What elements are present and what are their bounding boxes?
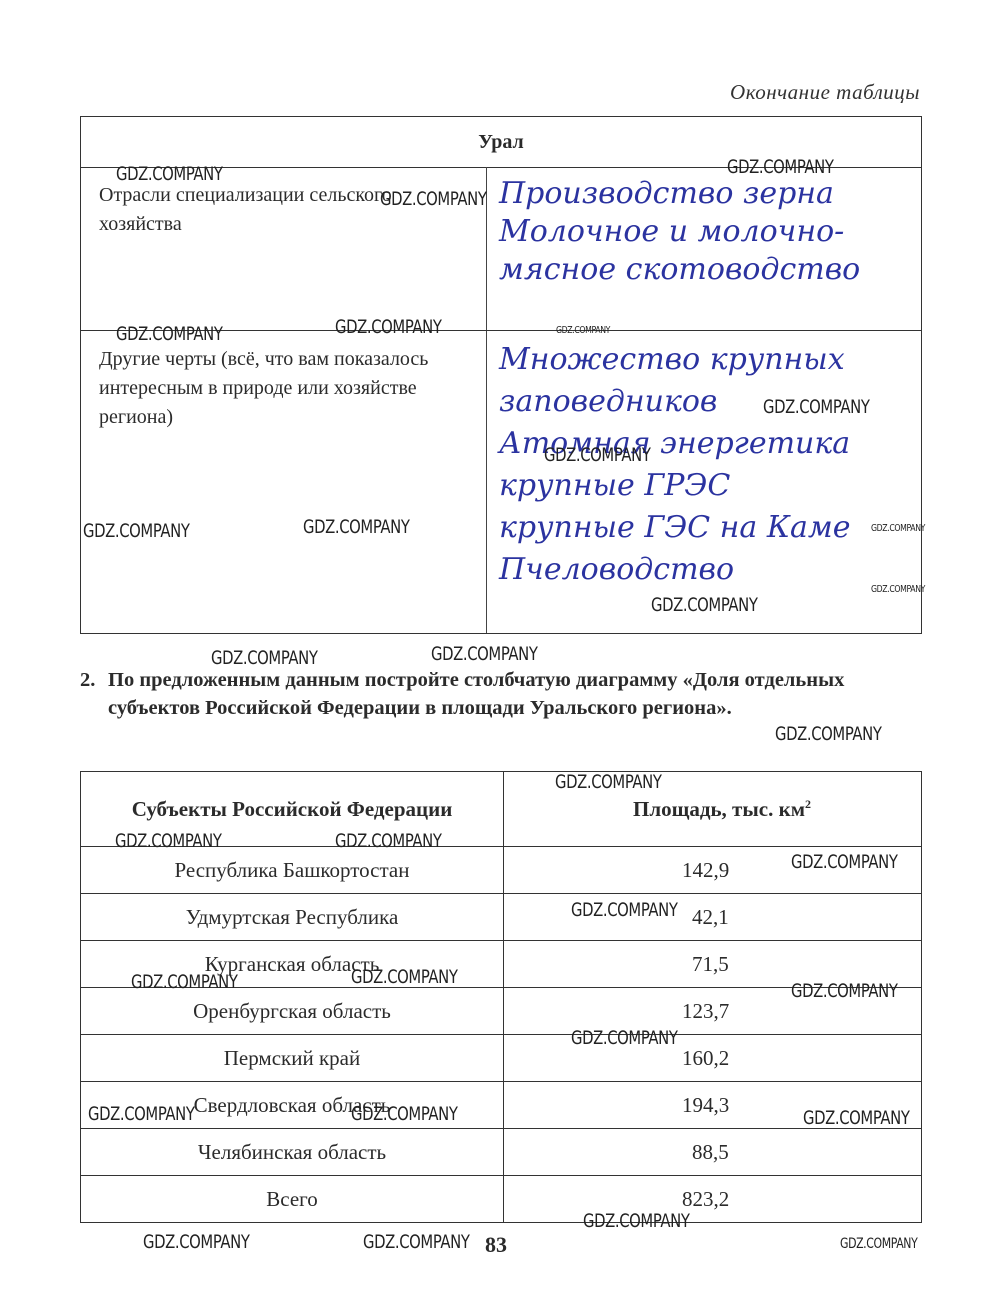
watermark: GDZ.COMPANY — [143, 1231, 250, 1253]
subject-name: Республика Башкортостан — [81, 847, 504, 894]
handwritten-answer: Производство зерна Молочное и молочно- м… — [499, 175, 919, 289]
watermark: GDZ.COMPANY — [116, 163, 223, 185]
watermark: GDZ.COMPANY — [335, 830, 442, 852]
watermark: GDZ.COMPANY — [871, 584, 925, 595]
table-row: Удмуртская Республика42,1 — [81, 894, 922, 941]
watermark: GDZ.COMPANY — [871, 523, 925, 534]
answer-line: крупные ГРЭС — [499, 465, 919, 507]
area-value: 42,1 — [504, 894, 922, 941]
ural-table: Урал Отрасли специализации сельского хоз… — [80, 116, 922, 634]
watermark: GDZ.COMPANY — [431, 643, 538, 665]
watermark: GDZ.COMPANY — [351, 1103, 458, 1125]
subject-name: Оренбургская область — [81, 988, 504, 1035]
watermark: GDZ.COMPANY — [131, 971, 238, 993]
watermark: GDZ.COMPANY — [303, 516, 410, 538]
table-row: Свердловская область194,3 — [81, 1082, 922, 1129]
row-label: Другие черты (всё, что вам показалось ин… — [99, 345, 469, 432]
header-area-text: Площадь, тыс. км — [633, 797, 805, 821]
watermark: GDZ.COMPANY — [791, 980, 898, 1002]
answer-line: Множество крупных — [499, 339, 919, 381]
task-2: 2. По предложенным данным постройте стол… — [80, 666, 925, 722]
subject-name: Пермский край — [81, 1035, 504, 1082]
answer-line: Производство зерна — [499, 175, 919, 213]
watermark: GDZ.COMPANY — [115, 830, 222, 852]
subject-name: Удмуртская Республика — [81, 894, 504, 941]
total-value: 823,2 — [504, 1176, 922, 1223]
watermark: GDZ.COMPANY — [571, 1027, 678, 1049]
watermark: GDZ.COMPANY — [803, 1107, 910, 1129]
header-area-sup: 2 — [805, 797, 811, 811]
watermark: GDZ.COMPANY — [351, 966, 458, 988]
task-text: По предложенным данным постройте столбча… — [80, 666, 925, 722]
area-value: 160,2 — [504, 1035, 922, 1082]
table-row: Челябинская область88,5 — [81, 1129, 922, 1176]
watermark: GDZ.COMPANY — [380, 188, 487, 210]
answer-line: Пчеловодство — [499, 549, 919, 591]
watermark: GDZ.COMPANY — [583, 1210, 690, 1232]
watermark: GDZ.COMPANY — [571, 899, 678, 921]
watermark: GDZ.COMPANY — [116, 323, 223, 345]
answer-line: мясное скотоводство — [499, 251, 919, 289]
watermark: GDZ.COMPANY — [840, 1236, 917, 1252]
table-total-row: Всего823,2 — [81, 1176, 922, 1223]
watermark: GDZ.COMPANY — [363, 1231, 470, 1253]
answer-line: крупные ГЭС на Каме — [499, 507, 919, 549]
answer-line: Молочное и молочно- — [499, 213, 919, 251]
watermark: GDZ.COMPANY — [335, 316, 442, 338]
task-number: 2. — [80, 666, 95, 694]
watermark: GDZ.COMPANY — [791, 851, 898, 873]
area-value: 88,5 — [504, 1129, 922, 1176]
total-label: Всего — [81, 1176, 504, 1223]
table-row: Пермский край160,2 — [81, 1035, 922, 1082]
watermark: GDZ.COMPANY — [211, 647, 318, 669]
watermark: GDZ.COMPANY — [88, 1103, 195, 1125]
watermark: GDZ.COMPANY — [763, 396, 870, 418]
watermark: GDZ.COMPANY — [775, 723, 882, 745]
subject-name: Челябинская область — [81, 1129, 504, 1176]
watermark: GDZ.COMPANY — [83, 520, 190, 542]
watermark: GDZ.COMPANY — [727, 156, 834, 178]
watermark: GDZ.COMPANY — [544, 444, 651, 466]
table-row: Другие черты (всё, что вам показалось ин… — [81, 331, 921, 633]
watermark: GDZ.COMPANY — [555, 771, 662, 793]
page-number: 83 — [485, 1232, 507, 1258]
watermark: GDZ.COMPANY — [651, 594, 758, 616]
watermark: GDZ.COMPANY — [556, 325, 610, 336]
continuation-label: Окончание таблицы — [730, 80, 920, 105]
table-row: Отрасли специализации сельского хозяйств… — [81, 167, 921, 331]
